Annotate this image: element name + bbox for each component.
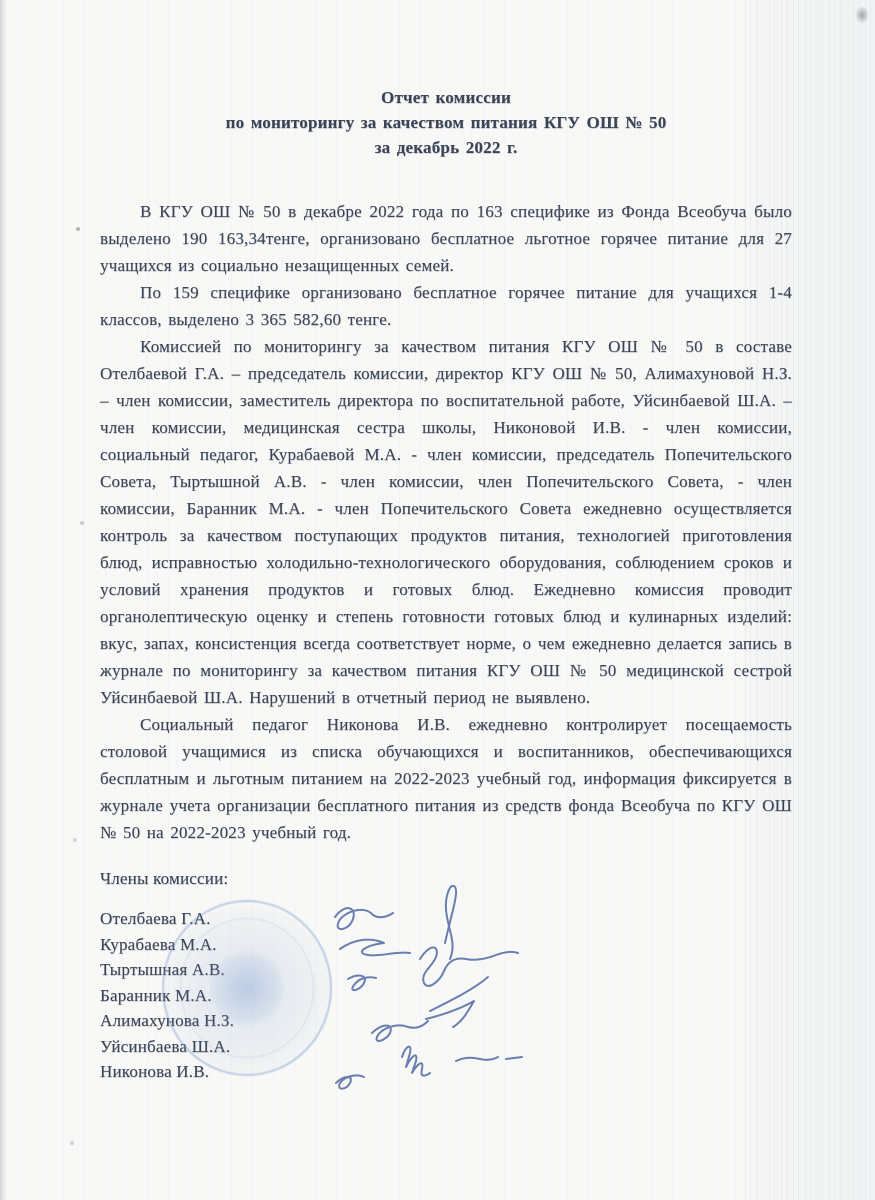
stamp-center-emblem	[210, 948, 284, 1028]
document-body: Отчет комиссии по мониторингу за качеств…	[100, 85, 792, 846]
corner-smudge	[855, 6, 869, 24]
scanned-document-page: Отчет комиссии по мониторингу за качеств…	[0, 0, 875, 1200]
ink-speck	[70, 1141, 74, 1145]
round-school-stamp	[162, 900, 332, 1076]
document-title: Отчет комиссии по мониторингу за качеств…	[100, 85, 792, 160]
paragraph-social-pedagog: Социальный педагог Никонова И.В. ежеднев…	[100, 711, 792, 846]
paragraph-funding-159: По 159 специфике организовано бесплатное…	[100, 279, 792, 333]
paragraph-funding-163: В КГУ ОШ № 50 в декабре 2022 года по 163…	[100, 198, 792, 279]
title-line-2: по мониторингу за качеством питания КГУ …	[100, 110, 792, 135]
page-edge-shadow	[0, 0, 7, 1200]
signatures-heading: Члены комиссии:	[100, 866, 660, 892]
paragraph-commission-members: Комиссией по мониторингу за качеством пи…	[100, 333, 792, 711]
title-line-3: за декабрь 2022 г.	[100, 135, 792, 160]
signatory-name: Никонова И.В.	[100, 1059, 660, 1085]
title-line-1: Отчет комиссии	[100, 85, 792, 110]
ink-speck	[80, 521, 84, 525]
ink-speck	[76, 227, 80, 231]
ink-speck	[73, 838, 77, 842]
